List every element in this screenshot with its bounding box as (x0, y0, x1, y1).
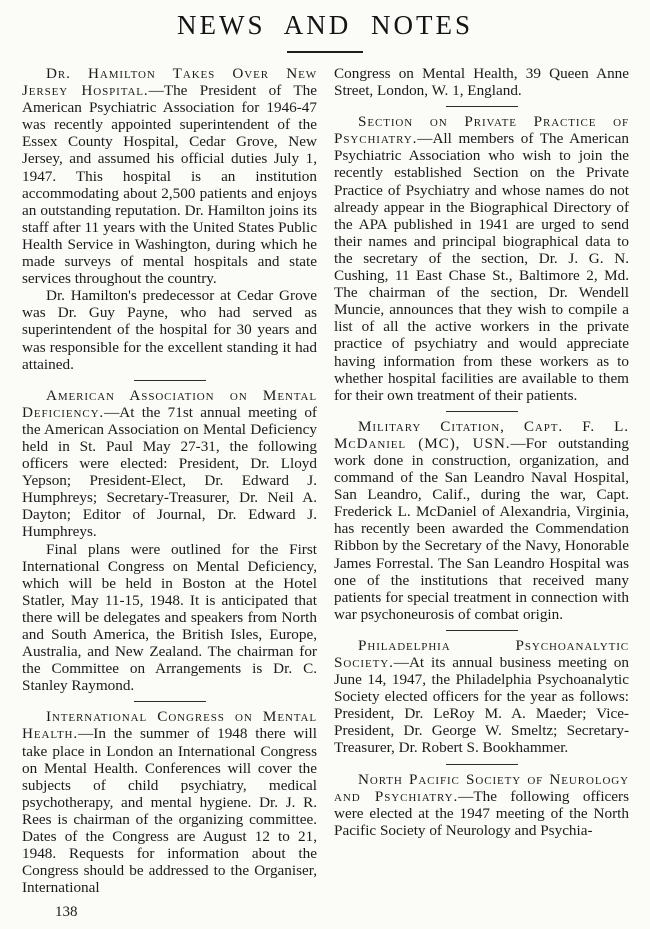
page-header: NEWS AND NOTES (0, 10, 650, 53)
news-item-military-citation-paragraph: Military Citation, Capt. F. L. McDaniel … (334, 418, 629, 623)
news-item-icmh-continuation-body: Congress on Mental Health, 39 Queen Anne… (334, 65, 629, 99)
right-column: Congress on Mental Health, 39 Queen Anne… (334, 65, 629, 896)
left-column: Dr. Hamilton Takes Over New Jersey Hospi… (22, 65, 317, 896)
news-item-icmh-paragraph-1: International Congress on Mental Health.… (22, 708, 317, 896)
section-divider (446, 106, 518, 107)
news-item-private-practice-paragraph: Section on Private Practice of Psychiatr… (334, 113, 629, 404)
section-divider (134, 701, 206, 702)
news-item-hamilton-paragraph-1: Dr. Hamilton Takes Over New Jersey Hospi… (22, 65, 317, 287)
journal-page: NEWS AND NOTES Dr. Hamilton Takes Over N… (0, 0, 650, 929)
news-item-hamilton-body-1: —The President of The American Psychiatr… (22, 82, 317, 287)
news-item-aamd-paragraph-1: American Association on Mental Deficienc… (22, 387, 317, 541)
news-item-icmh-continuation: Congress on Mental Health, 39 Queen Anne… (334, 65, 629, 99)
news-item-private-practice-body: —All members of The American Psychiatric… (334, 130, 629, 403)
section-divider (446, 764, 518, 765)
news-item-hamilton-body-2: Dr. Hamilton's predecessor at Cedar Grov… (22, 287, 317, 372)
two-column-layout: Dr. Hamilton Takes Over New Jersey Hospi… (0, 53, 650, 896)
section-divider (446, 630, 518, 631)
news-item-aamd-body-1: —At the 71st annual meeting of the Ameri… (22, 404, 317, 541)
news-item-aamd-paragraph-2: Final plans were outlined for the First … (22, 541, 317, 695)
section-divider (134, 380, 206, 381)
news-item-icmh-body-1: —In the summer of 1948 there will take p… (22, 725, 317, 896)
news-item-aamd-body-2: Final plans were outlined for the First … (22, 541, 317, 695)
page-number: 138 (55, 904, 78, 921)
news-item-military-citation-body: —For outstanding work done in constructi… (334, 435, 629, 623)
news-item-north-pacific-paragraph: North Pacific Society of Neurology and P… (334, 771, 629, 839)
page-title: NEWS AND NOTES (0, 10, 650, 41)
news-item-philadelphia-society-paragraph: Philadelphia Psychoanalytic Society.—At … (334, 637, 629, 757)
news-item-hamilton-paragraph-2: Dr. Hamilton's predecessor at Cedar Grov… (22, 287, 317, 372)
section-divider (446, 411, 518, 412)
